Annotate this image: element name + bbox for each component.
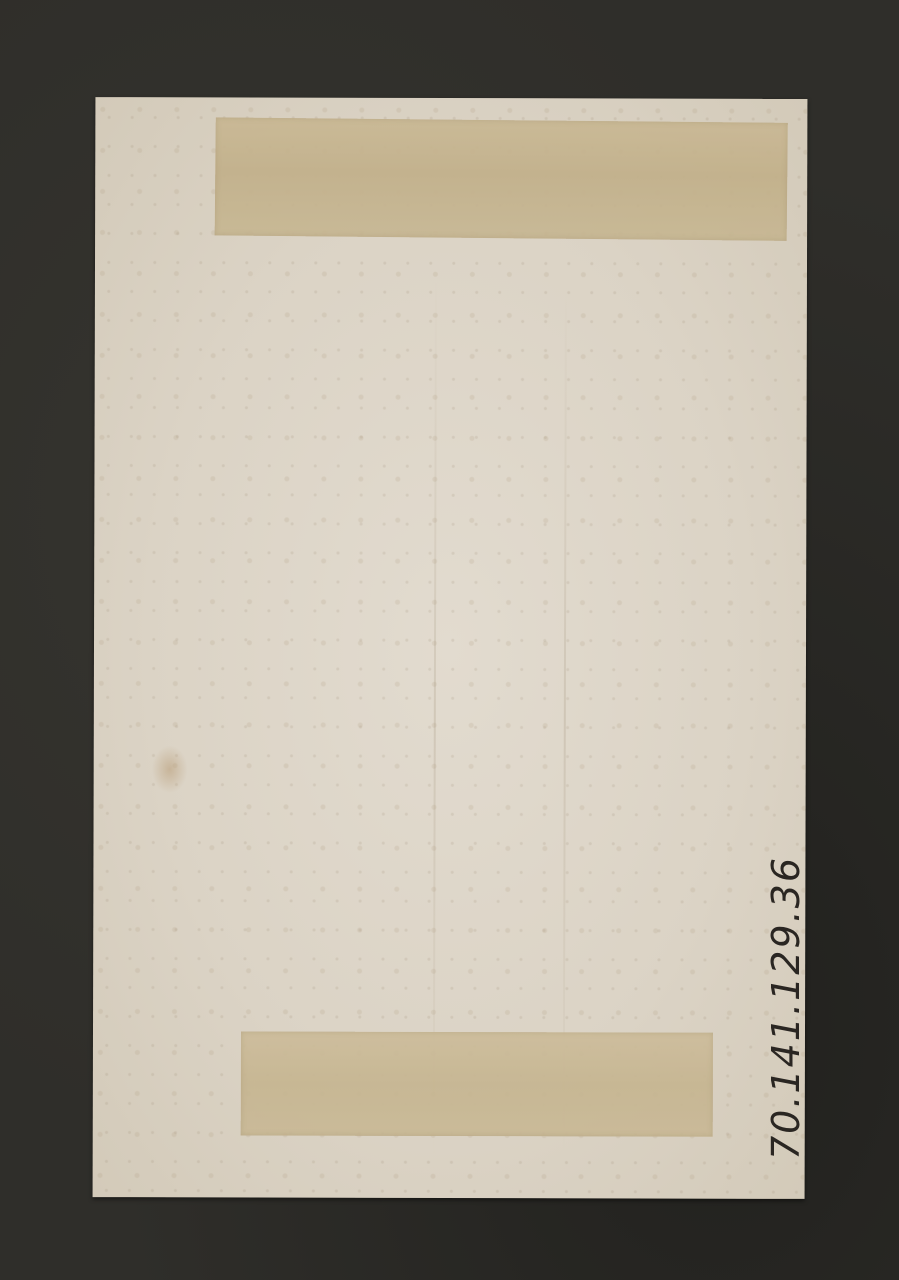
paper-crease bbox=[563, 278, 567, 1158]
accession-number-inscription: 70.141.129.36 bbox=[764, 856, 808, 1160]
hinge-tape-bottom bbox=[241, 1031, 713, 1136]
hinge-tape-top bbox=[215, 117, 788, 240]
paper-stain bbox=[152, 745, 188, 793]
paper-crease bbox=[433, 278, 437, 1158]
paper-card-back bbox=[93, 97, 808, 1199]
